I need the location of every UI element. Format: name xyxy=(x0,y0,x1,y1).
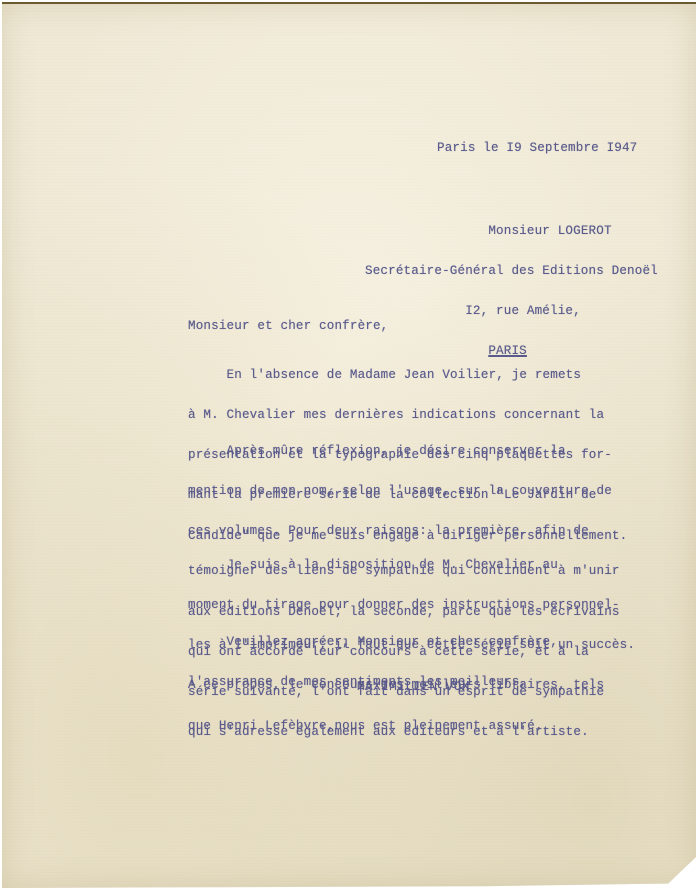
recipient-title: Secrétaire-Général des Editions Denoël xyxy=(365,265,658,278)
closing-paragraph: Veuillez agréer, Monsieur et cher confrè… xyxy=(188,609,558,716)
paragraph-line: En l'absence de Madame Jean Voilier, je … xyxy=(188,369,627,382)
paragraph-line: Veuillez agréer, Monsieur et cher confrè… xyxy=(188,636,558,649)
signature: MAXIMILIEN VOX xyxy=(357,681,470,694)
paragraph-line: Je suis à la disposition de M. Chevalier… xyxy=(188,559,635,572)
recipient-name-text: Monsieur LOGEROT xyxy=(488,224,611,238)
paragraph-line: mention de mon nom, selon l'usage, sur l… xyxy=(188,485,620,498)
letter-paper: Paris le I9 Septembre I947 Monsieur LOGE… xyxy=(2,2,696,888)
paragraph-line: que Henri Lefèbvre,nous est pleinement a… xyxy=(188,720,635,733)
recipient-street-text: I2, rue Amélie, xyxy=(465,304,581,318)
paragraph-line: Après mûre réflexion, je désire conserve… xyxy=(188,445,620,458)
date-line: Paris le I9 Septembre I947 xyxy=(437,142,637,155)
recipient-street: I2, rue Amélie, xyxy=(365,305,658,318)
salutation: Monsieur et cher confrère, xyxy=(188,320,388,333)
recipient-name: Monsieur LOGEROT xyxy=(365,225,658,238)
